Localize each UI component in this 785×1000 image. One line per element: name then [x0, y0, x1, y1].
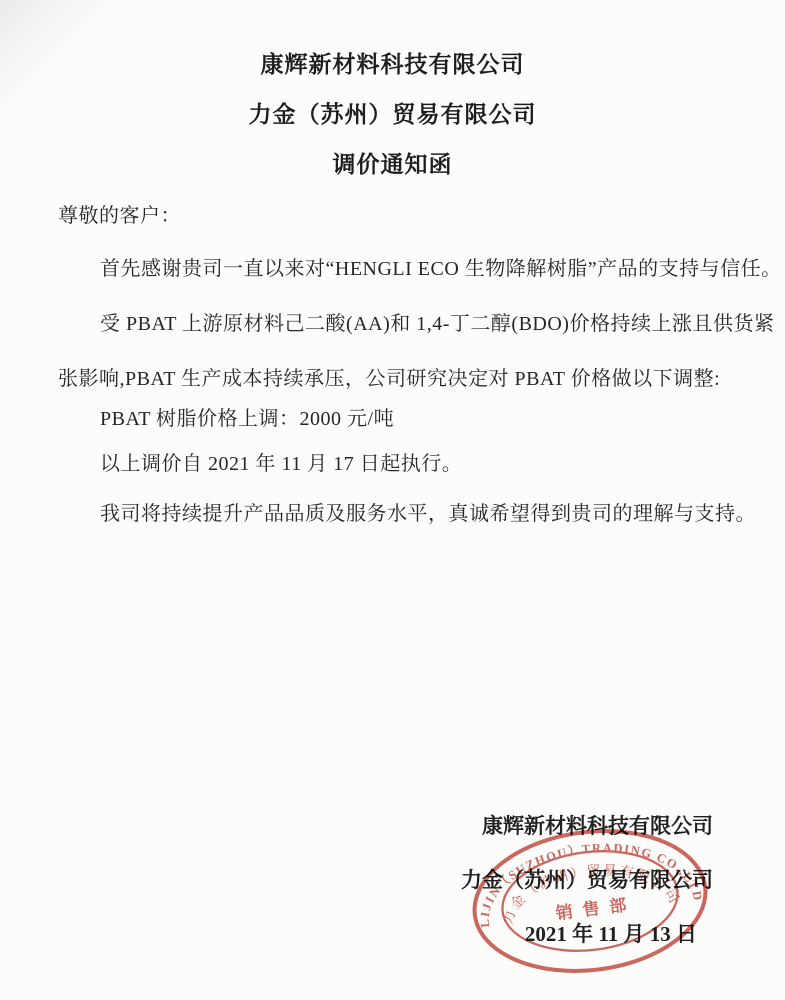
- paragraph-reason-line-2: 张影响,PBAT 生产成本持续承压，公司研究决定对 PBAT 价格做以下调整:: [58, 368, 755, 390]
- signature-date: 2021 年 11 月 13 日: [461, 920, 713, 974]
- document-header: 康辉新材料科技有限公司 力金（苏州）贸易有限公司 调价通知函: [0, 0, 785, 190]
- signature-company-2: 力金（苏州）贸易有限公司: [461, 866, 713, 920]
- signature-block: 康辉新材料科技有限公司 力金（苏州）贸易有限公司 2021 年 11 月 13 …: [461, 812, 713, 974]
- header-company-2: 力金（苏州）贸易有限公司: [0, 90, 785, 140]
- paragraph-reason-line-1: 受 PBAT 上游原材料己二酸(AA)和 1,4-丁二醇(BDO)价格持续上涨且…: [58, 313, 755, 335]
- salutation: 尊敬的客户：: [58, 205, 755, 227]
- signature-company-1: 康辉新材料科技有限公司: [461, 812, 713, 866]
- closing-line: 我司将持续提升产品品质及服务水平，真诚希望得到贵司的理解与支持。: [58, 503, 755, 525]
- effective-date-line: 以上调价自 2021 年 11 月 17 日起执行。: [58, 453, 755, 475]
- letter-body: 尊敬的客户： 首先感谢贵司一直以来对“HENGLI ECO 生物降解树脂”产品的…: [58, 205, 755, 525]
- price-notice-document: 康辉新材料科技有限公司 力金（苏州）贸易有限公司 调价通知函 尊敬的客户： 首先…: [0, 0, 785, 1000]
- header-company-1: 康辉新材料科技有限公司: [0, 40, 785, 90]
- document-subject: 调价通知函: [0, 140, 785, 190]
- paragraph-thanks: 首先感谢贵司一直以来对“HENGLI ECO 生物降解树脂”产品的支持与信任。: [58, 258, 755, 280]
- price-adjustment-item: PBAT 树脂价格上调：2000 元/吨: [58, 408, 755, 430]
